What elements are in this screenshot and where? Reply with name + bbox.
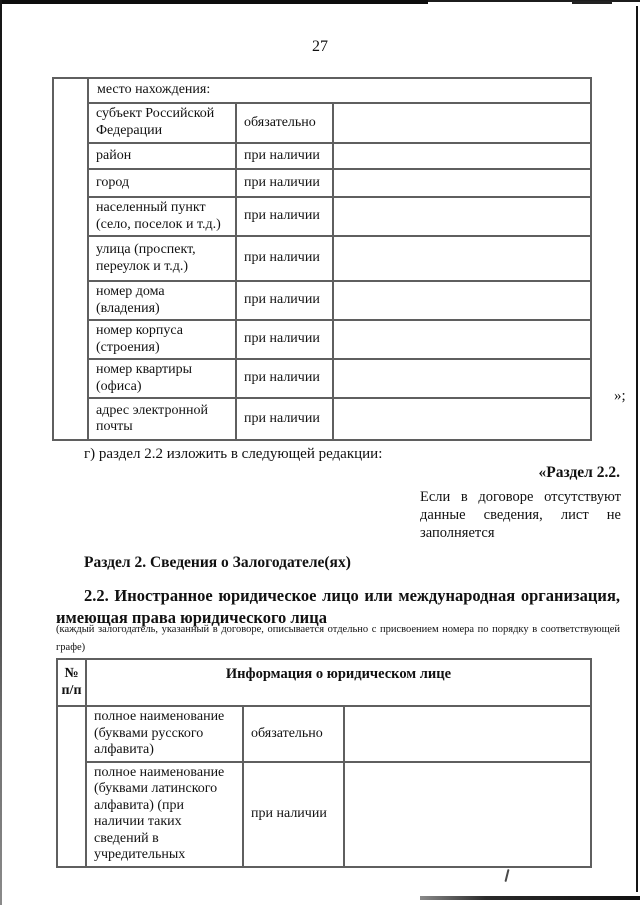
table-row: улица (проспект, переулок и т.д.) при на… (53, 236, 591, 281)
value-cell (333, 398, 591, 440)
scan-border-right (636, 6, 638, 892)
row-label-cell: номер дома (владения) (88, 281, 236, 320)
requirement-cell: при наличии (236, 169, 333, 197)
row-number-header-line2: п/п (60, 683, 83, 699)
requirement-cell: обязательно (236, 103, 333, 143)
scan-border-top-dash (572, 1, 612, 4)
row-label-cell: город (88, 169, 236, 197)
requirement-cell: обязательно (243, 706, 344, 762)
closing-quote: »; (614, 388, 626, 405)
requirement-cell: при наличии (236, 236, 333, 281)
requirement-cell: при наличии (236, 359, 333, 398)
row-label-cell: адрес электронной почты (88, 398, 236, 440)
location-table: место нахождения: субъект Российской Фед… (52, 77, 592, 441)
subsection-heading-line1: 2.2. Иностранное юридическое лицо или ме… (56, 586, 620, 606)
table-row: место нахождения: (53, 78, 591, 103)
scan-border-left (0, 0, 2, 905)
row-number-header: № п/п (57, 659, 86, 706)
table-row: полное наименование (буквами латинского … (57, 762, 591, 867)
value-cell (333, 281, 591, 320)
amendment-intro: г) раздел 2.2 изложить в следующей редак… (56, 446, 620, 463)
section-quote-heading: «Раздел 2.2. (56, 464, 620, 482)
row-label-cell: район (88, 143, 236, 169)
table-row: субъект Российской Федерации обязательно (53, 103, 591, 143)
row-label-cell: населенный пункт (село, поселок и т.д.) (88, 197, 236, 236)
row-label-cell: субъект Российской Федерации (88, 103, 236, 143)
number-column-cell (53, 78, 88, 440)
row-label-cell: улица (проспект, переулок и т.д.) (88, 236, 236, 281)
table-row: номер квартиры (офиса) при наличии (53, 359, 591, 398)
table-title-cell: Информация о юридическом лице (86, 659, 591, 706)
table-row: район при наличии (53, 143, 591, 169)
table-row: город при наличии (53, 169, 591, 197)
table-row: населенный пункт (село, поселок и т.д.) … (53, 197, 591, 236)
table-header-row: № п/п Информация о юридическом лице (57, 659, 591, 706)
value-cell (344, 706, 591, 762)
value-cell (344, 762, 591, 867)
document-page: 27 место нахождения: субъект Российской … (0, 0, 640, 905)
requirement-cell: при наличии (236, 143, 333, 169)
number-column-cell (57, 706, 86, 867)
org-info-table: № п/п Информация о юридическом лице полн… (56, 658, 592, 868)
row-number-header-line1: № (60, 666, 83, 682)
merged-section-cell: место нахождения: (88, 78, 591, 103)
parenthetical-note-line1: (каждый залогодатель, указанный в догово… (56, 624, 620, 636)
table-row: номер корпуса (строения) при наличии (53, 320, 591, 359)
margin-note: Если в договоре отсутствуют данные сведе… (420, 489, 621, 543)
row-label-cell: номер квартиры (офиса) (88, 359, 236, 398)
scan-border-top-thick (0, 0, 428, 4)
requirement-cell: при наличии (236, 320, 333, 359)
value-cell (333, 103, 591, 143)
value-cell (333, 143, 591, 169)
stray-mark (504, 869, 509, 882)
value-cell (333, 197, 591, 236)
table-row: адрес электронной почты при наличии (53, 398, 591, 440)
table-row: номер дома (владения) при наличии (53, 281, 591, 320)
value-cell (333, 169, 591, 197)
row-label-cell: номер корпуса (строения) (88, 320, 236, 359)
scan-border-bottom (420, 896, 640, 900)
requirement-cell: при наличии (243, 762, 344, 867)
value-cell (333, 359, 591, 398)
margin-note-line: данные сведения, лист не (420, 507, 621, 525)
requirement-cell: при наличии (236, 398, 333, 440)
requirement-cell: при наличии (236, 281, 333, 320)
margin-note-line: заполняется (420, 525, 621, 543)
value-cell (333, 320, 591, 359)
page-number: 27 (0, 38, 640, 56)
margin-note-line: Если в договоре отсутствуют (420, 489, 621, 507)
requirement-cell: при наличии (236, 197, 333, 236)
section-heading: Раздел 2. Сведения о Залогодателе(ях) (56, 554, 620, 572)
row-label-cell: полное наименование (буквами латинского … (86, 762, 243, 867)
value-cell (333, 236, 591, 281)
row-label-cell: полное наименование (буквами русского ал… (86, 706, 243, 762)
table-row: полное наименование (буквами русского ал… (57, 706, 591, 762)
parenthetical-note-line2: графе) (56, 642, 620, 653)
